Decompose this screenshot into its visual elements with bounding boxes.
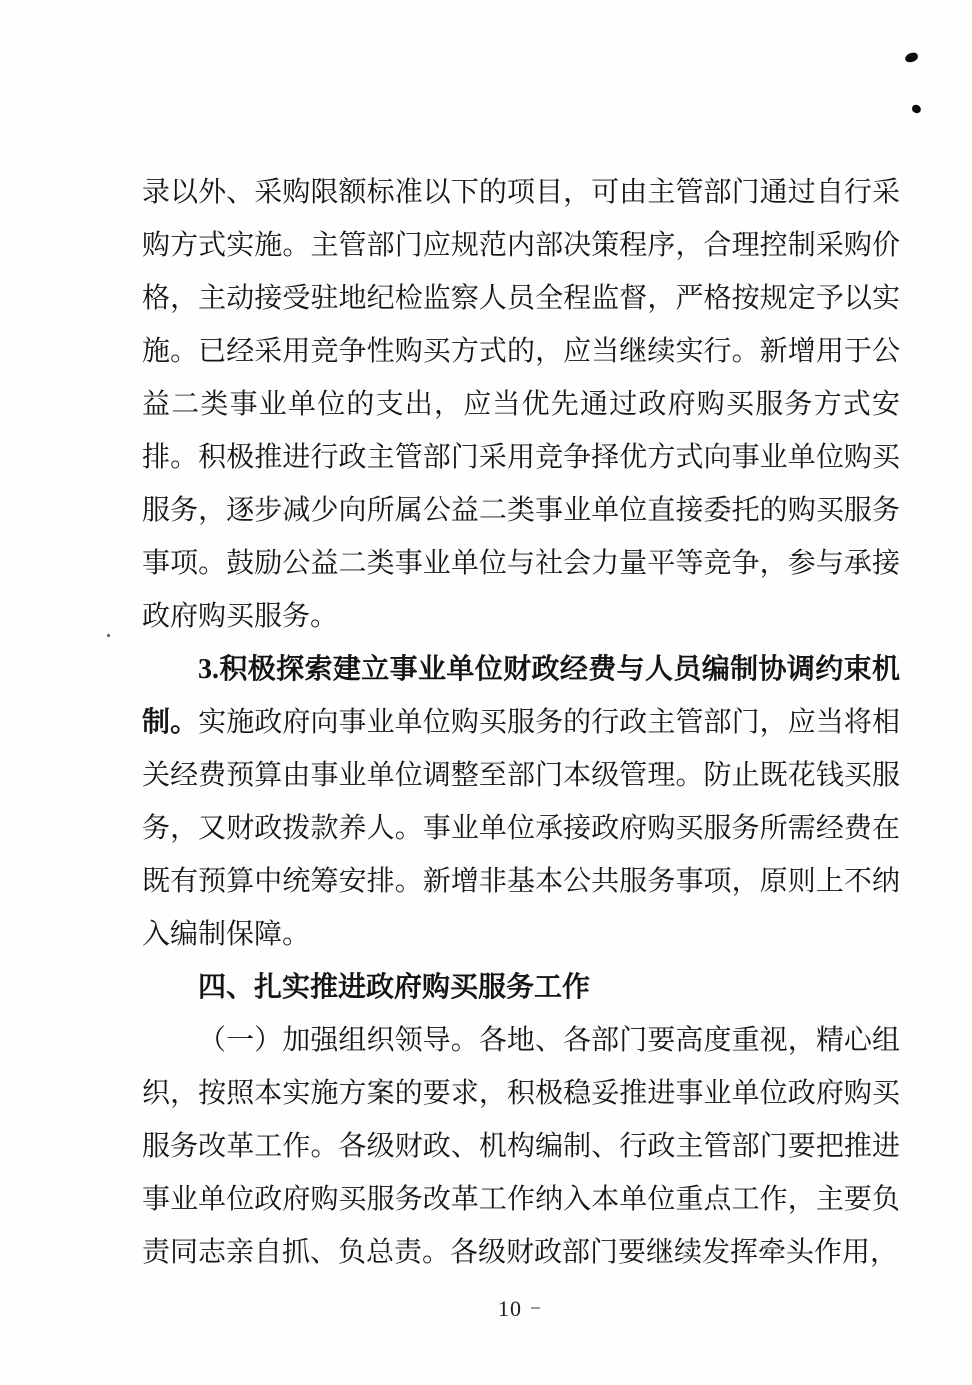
page-number: 10 (498, 1296, 522, 1322)
paragraph: 四、扎实推进政府购买服务工作 (142, 961, 900, 1014)
body-text: （一）加强组织领导。各地、各部门要高度重视，精心组织，按照本实施方案的要求，积极… (142, 1025, 900, 1268)
ink-speck (107, 634, 110, 637)
body-text: 实施政府向事业单位购买服务的行政主管部门，应当将相关经费预算由事业单位调整至部门… (142, 707, 900, 950)
bold-text: 四、扎实推进政府购买服务工作 (198, 972, 590, 1003)
paragraph: （一）加强组织领导。各地、各部门要高度重视，精心组织，按照本实施方案的要求，积极… (142, 1014, 900, 1279)
document-page: 录以外、采购限额标准以下的项目，可由主管部门通过自行采购方式实施。主管部门应规范… (0, 0, 972, 1385)
paragraph: 3.积极探索建立事业单位财政经费与人员编制协调约束机制。实施政府向事业单位购买服… (142, 643, 900, 961)
body-text: 录以外、采购限额标准以下的项目，可由主管部门通过自行采购方式实施。主管部门应规范… (142, 177, 900, 632)
ink-speck (911, 104, 922, 115)
ink-speck (531, 1307, 540, 1309)
paragraph: 录以外、采购限额标准以下的项目，可由主管部门通过自行采购方式实施。主管部门应规范… (142, 166, 900, 643)
ink-speck (904, 52, 919, 64)
document-body: 录以外、采购限额标准以下的项目，可由主管部门通过自行采购方式实施。主管部门应规范… (142, 166, 900, 1279)
